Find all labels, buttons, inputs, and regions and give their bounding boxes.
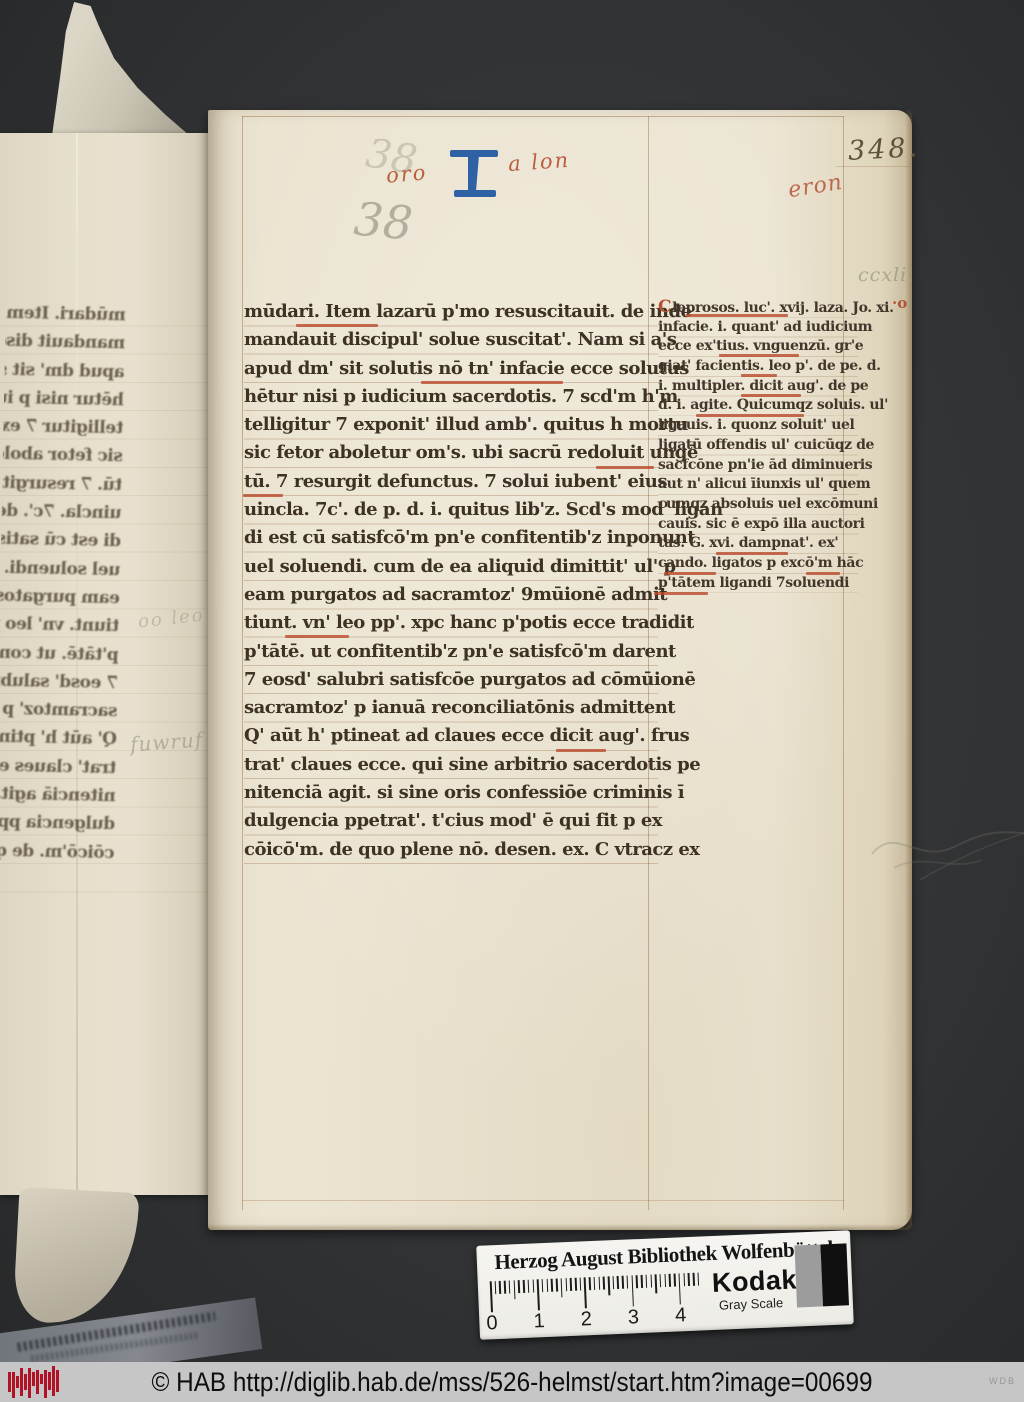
ruler-tick [593, 1277, 595, 1290]
main-text-line: telligitur 7 exponit' illud amb'. quitus… [244, 411, 658, 439]
faint-roman-numeral: ccxli [858, 264, 907, 286]
ruler-tick [570, 1278, 572, 1291]
main-text-line: trat' claues ecce. qui sine arbitrio sac… [244, 751, 658, 779]
torn-leaf-corner-bottom [13, 1187, 140, 1327]
main-text-line: apud dm' sit solutis nō tn' infacie ecce… [244, 355, 658, 383]
ruler-tick [641, 1275, 643, 1288]
ruler-tick [523, 1280, 525, 1293]
gloss-red-initial: C [658, 297, 671, 317]
blue-initial-ornament [446, 150, 504, 200]
ruler-number: 1 [533, 1310, 545, 1333]
ruler-tick [499, 1281, 501, 1294]
gloss-line: cando. ligatos p excō'm hāc [658, 554, 858, 574]
grayscale-label: Gray Scale [719, 1295, 784, 1313]
ruler-tick [589, 1277, 591, 1290]
main-text-line: eam purgatos ad sacramtoz' 9mūionē admit [244, 581, 658, 609]
ruler-number: 2 [580, 1308, 592, 1331]
ruler-tick [622, 1276, 624, 1289]
red-underline [654, 592, 708, 595]
ruling-line-bottom [242, 1200, 844, 1201]
main-text-line: nitenciā agit. si sine oris confessiōe c… [244, 779, 658, 807]
initial-bottom-bar [454, 190, 496, 197]
ruling-line-left [242, 116, 243, 1210]
main-text-line: mūdari. Item lazarū p'mo resuscitauit. d… [244, 298, 658, 326]
mirrored-text-line: mūdari. Item lazarū p'mo resuscitauit. d… [0, 299, 126, 330]
ruler-tick [697, 1273, 699, 1286]
ruler-tick [636, 1275, 638, 1288]
ruler-tick [518, 1280, 520, 1293]
red-flourish-left: oro [385, 160, 428, 188]
ruler-tick [617, 1276, 619, 1289]
red-underline [716, 552, 788, 555]
kodak-grayscale-card: Herzog August Bibliothek Wolfenbüttel 01… [476, 1230, 854, 1340]
black-swatch [820, 1243, 849, 1306]
ruler-tick [688, 1273, 690, 1286]
ruler-tick [513, 1280, 515, 1299]
red-underline [243, 494, 283, 497]
ruling-line-top [242, 116, 844, 117]
barcode-bar [12, 1372, 15, 1398]
ruler-tick [551, 1279, 553, 1292]
ruler-tick [645, 1275, 647, 1288]
red-underline [296, 324, 378, 327]
main-text-line: sic fetor aboletur om's. ubi sacrū redol… [244, 439, 658, 467]
gloss-line: p'tātem ligandi 7soluendi [658, 574, 858, 594]
gloss-line: aut n' alicui īiunxis ul' quem [658, 475, 858, 495]
barcode-bar [16, 1376, 19, 1388]
red-underline [719, 354, 799, 357]
red-underline [686, 314, 788, 317]
pencil-scribble [860, 808, 1024, 892]
watermark-text: WDB [989, 1376, 1016, 1386]
previous-page-strip: mūdari. Item lazarū p'mo resuscitauit. d… [0, 133, 216, 1195]
gloss-line: sacfcōne pn'ie ād diminueris [658, 456, 858, 476]
initial-stem [468, 155, 479, 195]
gloss-line: infacie. i. quant' ad iudicium [658, 318, 858, 338]
main-text-line: p'tātē. ut confitentib'z pn'e satisfcō'm… [244, 638, 658, 666]
ruler-tick [669, 1274, 671, 1287]
ruler-tick [527, 1280, 529, 1293]
red-underline [596, 466, 654, 469]
main-text-line: dulgencia ppetrat'. t'cius mod' ē qui fi… [244, 807, 658, 835]
ruler-tick [603, 1277, 605, 1290]
main-text-line: di est cū satisfcō'm pn'e confitentib'z … [244, 524, 658, 552]
gloss-line: ligatū offendis ul' cuicūqz de [658, 436, 858, 456]
torn-leaf-corner-top [52, 2, 190, 136]
red-ink-word: eron [786, 170, 844, 203]
gloss-line: cauis. sic ē expō illa auctori [658, 515, 858, 535]
barcode-bar [24, 1374, 27, 1390]
ruler-tick [693, 1273, 695, 1286]
ruler-tick [674, 1274, 676, 1287]
manuscript-page: 38 38 oro a lon eron 348. ccxli ·o mūdar… [208, 110, 912, 1230]
ruler-tick [532, 1279, 534, 1292]
ruler-tick [490, 1281, 493, 1312]
photo-background: mūdari. Item lazarū p'mo resuscitauit. d… [0, 0, 1024, 1402]
ruling-line-right [843, 116, 844, 1210]
ruler-tick [565, 1278, 567, 1291]
main-text-line: tū. 7 resurgit defunctus. 7 solui iubent… [244, 468, 658, 496]
red-underline [664, 572, 716, 575]
ruler-tick [537, 1279, 540, 1310]
ruler-tick [626, 1276, 628, 1289]
ruler-tick [575, 1278, 577, 1291]
mirrored-ink-offset: mūdari. Item lazarū p'mo resuscitauit. d… [0, 299, 126, 883]
red-underline [421, 381, 563, 384]
gloss-line: tas. G. xvi. dampnat'. ex' [658, 534, 858, 554]
ruler-tick [655, 1274, 657, 1293]
main-text-line: tiunt. vn' leo pp'. xpc hanc p'potis ecc… [244, 609, 658, 637]
barcode-bar [28, 1368, 31, 1398]
main-text-line: Q' aūt h' ptineat ad claues ecce dicit a… [244, 722, 658, 750]
barcode-bar [20, 1368, 23, 1396]
ruler-tick [683, 1273, 685, 1286]
kodak-logo: Kodak [711, 1264, 797, 1299]
ruler-number: 4 [675, 1304, 687, 1327]
ruler-tick [584, 1277, 587, 1308]
pencil-number: 38 [352, 192, 415, 251]
barcode-bar [8, 1372, 11, 1392]
barcode-bar [36, 1370, 39, 1394]
ruler-tick [608, 1276, 610, 1295]
mirrored-text-lines: mūdari. Item lazarū p'mo resuscitauit. d… [0, 299, 126, 867]
red-underline [696, 414, 804, 417]
main-text-line: cōicō'm. de quo plene nō. desen. ex. C v… [244, 836, 658, 864]
ruler-tick [579, 1278, 581, 1291]
ruler-tick [504, 1281, 506, 1294]
ruler-tick [542, 1279, 544, 1292]
main-text-line: sacramtoz' p ianuā reconciliatōnis admit… [244, 694, 658, 722]
ruler-tick [546, 1279, 548, 1292]
ruler-tick [650, 1275, 652, 1288]
ruler-tick [612, 1276, 614, 1289]
cm-ruler: 01234 [490, 1272, 706, 1333]
gloss-column: Cleprosos. luc'. xvij. laza. Jo. xi.infa… [658, 298, 858, 593]
gloss-line: ligauis. i. quonz soluit' uel [658, 416, 858, 436]
main-text-line: hētur nisi p iudicium sacerdotis. 7 scd'… [244, 383, 658, 411]
grayscale-patch [794, 1243, 849, 1307]
red-underline [741, 374, 777, 377]
source-caption: © HAB http://diglib.hab.de/mss/526-helms… [51, 1362, 973, 1402]
page-edge-right [905, 110, 912, 1230]
ruler-tick [678, 1273, 681, 1304]
ruler-tick [560, 1278, 562, 1297]
red-underline [741, 394, 801, 397]
margin-note-faint-2: fuwruf [129, 727, 204, 756]
gloss-line: cumqz absoluis uel excōmuni [658, 495, 858, 515]
main-text-line: uel soluendi. cum de ea aliquid dimittit… [244, 553, 658, 581]
barcode-bar [32, 1372, 35, 1386]
main-text-line: mandauit discipul' solue suscitat'. Nam … [244, 326, 658, 354]
ruler-tick [631, 1275, 634, 1306]
ruler-tick [494, 1281, 496, 1294]
red-underline [285, 635, 349, 638]
ruling-line-folio [836, 166, 910, 167]
ruler-tick [556, 1279, 558, 1292]
ruler-tick [509, 1280, 511, 1293]
caption-bar: © HAB http://diglib.hab.de/mss/526-helms… [0, 1362, 1024, 1402]
ruler-tick [659, 1274, 661, 1287]
ruler-number: 0 [486, 1312, 498, 1335]
red-underline [556, 749, 606, 752]
ruler-number: 3 [627, 1306, 639, 1329]
ruler-tick [598, 1277, 600, 1290]
ruler-tick [664, 1274, 666, 1287]
main-text-line: uincla. 7c'. de p. d. i. quitus lib'z. S… [244, 496, 658, 524]
red-flourish-right: a lon [507, 148, 571, 176]
page-edge-bottom [208, 1224, 912, 1230]
red-underline [806, 572, 840, 575]
barcode-bar [40, 1374, 43, 1384]
barcode-bar [44, 1370, 47, 1398]
main-text-line: 7 eosd' salubri satisfcōe purgatos ad cō… [244, 666, 658, 694]
gray-swatch [794, 1244, 823, 1307]
